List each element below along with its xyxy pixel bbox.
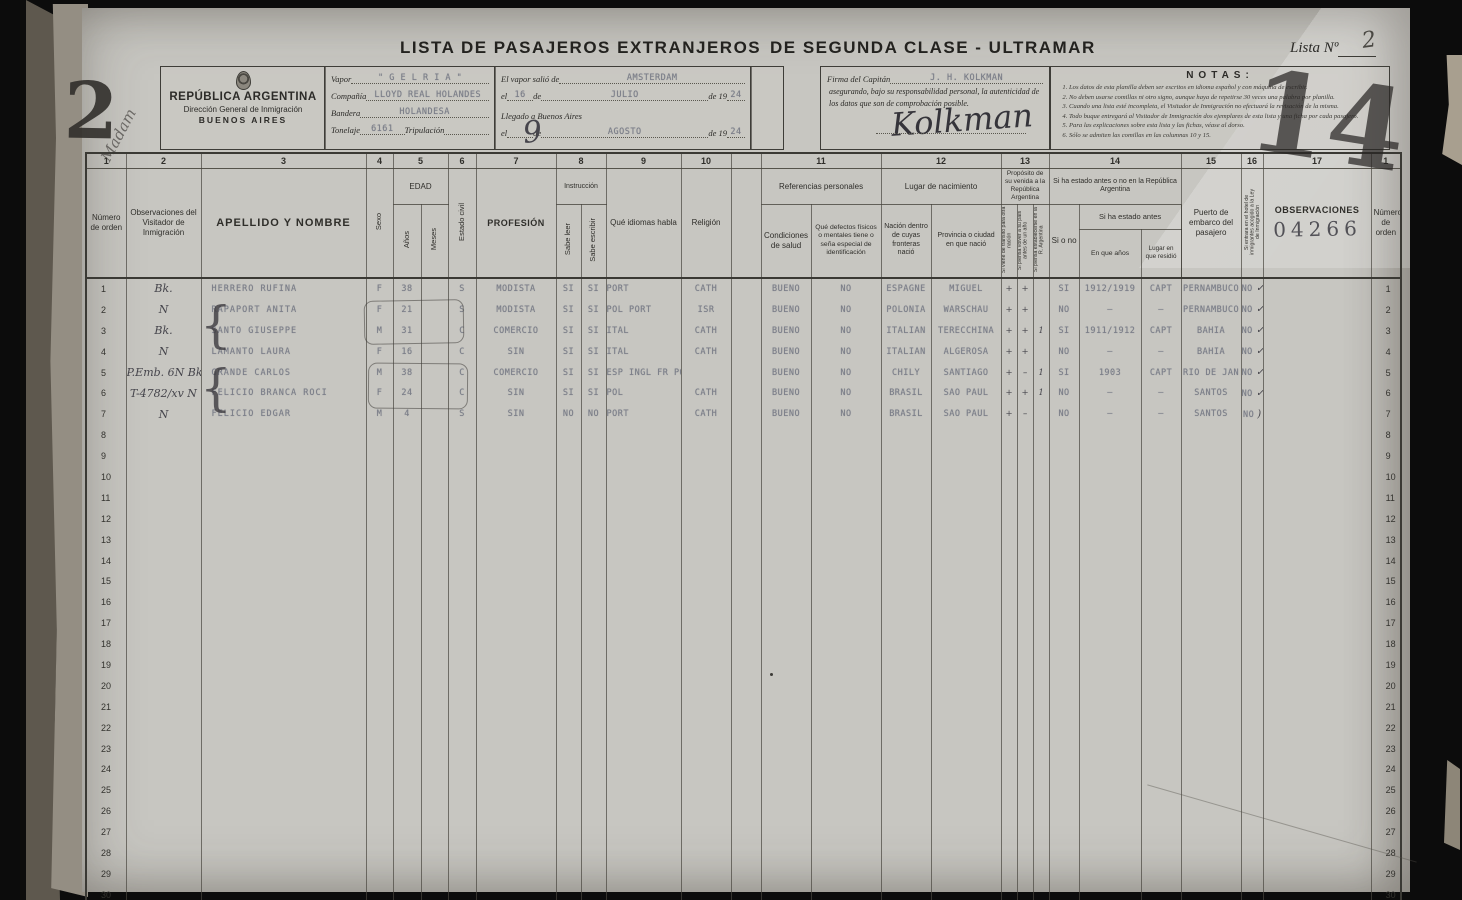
sex-value — [366, 613, 393, 634]
civil-status-value — [448, 884, 476, 900]
health-value — [761, 780, 811, 801]
been-before-value — [1049, 467, 1079, 488]
observations-value — [1263, 278, 1371, 300]
languages-value — [606, 759, 681, 780]
birth-city-value: SAO PAUL — [931, 404, 1001, 425]
passenger-row: 1919 — [86, 655, 1401, 676]
sex-value — [366, 843, 393, 864]
visitor-observation — [126, 529, 201, 550]
birth-nation-value: POLONIA — [881, 299, 931, 320]
colnum: 15 — [1181, 153, 1241, 169]
embark-port-value: BAHIA — [1181, 320, 1241, 341]
purpose-return-mark — [1017, 884, 1033, 900]
civil-status-value: S — [448, 278, 476, 300]
defects-value — [811, 822, 881, 843]
observations-value — [1263, 780, 1371, 801]
civil-status-value — [448, 759, 476, 780]
civil-status-value — [448, 487, 476, 508]
header-sex: Sexo — [366, 169, 393, 278]
defects-value — [811, 467, 881, 488]
sex-value — [366, 884, 393, 900]
colnum: 11 — [761, 153, 881, 169]
passenger-table-body: 1Bk.HERRERO RUFINAF38SMODISTASISIPORTCAT… — [86, 278, 1401, 900]
civil-status-value — [448, 655, 476, 676]
age-months-value — [421, 696, 448, 717]
religion-value: ISR — [681, 299, 731, 320]
visitor-observation: N — [126, 341, 201, 362]
purpose-settle-mark — [1033, 613, 1049, 634]
colnum: 1 — [86, 153, 126, 169]
defects-value — [811, 863, 881, 884]
hotel-value — [1241, 634, 1263, 655]
health-value — [761, 508, 811, 529]
row-number-right: 4 — [1371, 341, 1401, 362]
spacer-cell — [731, 362, 761, 383]
passenger-name — [201, 863, 366, 884]
document-title-row: LISTA DE PASAJEROS EXTRANJEROS DE SEGUND… — [82, 38, 1410, 68]
observations-value — [1263, 320, 1371, 341]
years-before-value — [1079, 822, 1141, 843]
age-years-value — [393, 425, 421, 446]
header-can-write: Sabe escribir — [581, 204, 606, 278]
spacer-cell — [731, 863, 761, 884]
age-months-value — [421, 508, 448, 529]
purpose-settle-mark — [1033, 822, 1049, 843]
hotel-value: NO✓ — [1241, 341, 1263, 362]
colnum: 2 — [126, 153, 201, 169]
health-value: BUENO — [761, 341, 811, 362]
birth-nation-value: CHILY — [881, 362, 931, 383]
defects-value — [811, 696, 881, 717]
passenger-row: 7NFELICIO EDGARM4SSINNONOPORTCATHBUENONO… — [86, 404, 1401, 425]
place-resided-value — [1141, 571, 1181, 592]
spacer-cell — [731, 278, 761, 300]
tripulacion-label: Tripulación — [405, 125, 445, 135]
hotel-value — [1241, 843, 1263, 864]
list-number-stamp: 14 — [1241, 45, 1415, 199]
birth-nation-value — [881, 655, 931, 676]
religion-value — [681, 759, 731, 780]
passenger-row: 1111 — [86, 487, 1401, 508]
birth-city-value: MIGUEL — [931, 278, 1001, 300]
religion-value — [681, 801, 731, 822]
birth-nation-value: BRASIL — [881, 404, 931, 425]
age-years-value — [393, 863, 421, 884]
ship-info-box: Vapor " G E L R I A " Compañía LLOYD REA… — [324, 66, 496, 150]
defects-value: NO — [811, 278, 881, 300]
birth-nation-value: ITALIAN — [881, 341, 931, 362]
salio-label: El vapor salió de — [501, 74, 559, 84]
can-read-value — [556, 446, 581, 467]
observations-value — [1263, 425, 1371, 446]
age-years-value — [393, 759, 421, 780]
age-months-value — [421, 613, 448, 634]
languages-value: POL PORT — [606, 299, 681, 320]
birth-city-value — [931, 592, 1001, 613]
birth-nation-value — [881, 801, 931, 822]
birth-city-value — [931, 571, 1001, 592]
place-resided-value — [1141, 487, 1181, 508]
visitor-observation — [126, 675, 201, 696]
languages-value — [606, 550, 681, 571]
embark-port-value — [1181, 487, 1241, 508]
purpose-return-mark — [1017, 759, 1033, 780]
passenger-row: 1414 — [86, 550, 1401, 571]
purpose-return-mark — [1017, 634, 1033, 655]
visitor-observation: N — [126, 404, 201, 425]
can-read-value — [556, 571, 581, 592]
age-months-value — [421, 550, 448, 571]
embark-port-value: SANTOS — [1181, 383, 1241, 404]
passenger-row: 99 — [86, 446, 1401, 467]
can-read-value — [556, 738, 581, 759]
passenger-row: 2323 — [86, 738, 1401, 759]
purpose-settle-mark — [1033, 467, 1049, 488]
been-before-value — [1049, 843, 1079, 864]
religion-value — [681, 529, 731, 550]
passenger-row: 1212 — [86, 508, 1401, 529]
row-number-right: 29 — [1371, 863, 1401, 884]
profession-value — [476, 613, 556, 634]
spacer-cell — [731, 425, 761, 446]
place-resided-value: – — [1141, 404, 1181, 425]
been-before-value — [1049, 884, 1079, 900]
purpose-transit-mark — [1001, 780, 1017, 801]
purpose-transit-mark — [1001, 529, 1017, 550]
can-write-value — [581, 613, 606, 634]
passenger-name — [201, 425, 366, 446]
religion-value — [681, 843, 731, 864]
religion-value: CATH — [681, 404, 731, 425]
spacer-cell — [731, 341, 761, 362]
sex-value — [366, 717, 393, 738]
can-write-value — [581, 696, 606, 717]
hotel-value — [1241, 863, 1263, 884]
health-value — [761, 487, 811, 508]
religion-value: CATH — [681, 341, 731, 362]
header-birth-city: Provincia o ciudad en que nació — [931, 204, 1001, 278]
purpose-transit-mark — [1001, 487, 1017, 508]
visitor-observation — [126, 884, 201, 900]
header-birth-nation: Nación dentro de cuyas fronteras nació — [881, 204, 931, 278]
can-write-value: SI — [581, 383, 606, 404]
health-value — [761, 759, 811, 780]
age-months-value — [421, 843, 448, 864]
empty-header-cell — [750, 66, 784, 150]
row-number-left: 17 — [86, 613, 126, 634]
header-which-years: En que años — [1079, 229, 1141, 277]
purpose-return-mark — [1017, 550, 1033, 571]
row-number-left: 22 — [86, 717, 126, 738]
defects-value — [811, 738, 881, 759]
years-before-value — [1079, 634, 1141, 655]
row-number-right: 26 — [1371, 801, 1401, 822]
birth-city-value — [931, 884, 1001, 900]
row-number-right: 12 — [1371, 508, 1401, 529]
row-number-right: 20 — [1371, 675, 1401, 696]
years-before-value — [1079, 467, 1141, 488]
passenger-name — [201, 759, 366, 780]
salio-day-value: 16 — [507, 90, 533, 101]
llegado-label: Llegado a Buenos Aires — [501, 111, 582, 121]
profession-value — [476, 446, 556, 467]
spacer-cell — [731, 675, 761, 696]
religion-value — [681, 446, 731, 467]
passenger-name — [201, 717, 366, 738]
purpose-transit-mark: + — [1001, 404, 1017, 425]
row-number-right: 22 — [1371, 717, 1401, 738]
place-resided-value — [1141, 613, 1181, 634]
civil-status-value — [448, 592, 476, 613]
hotel-typed-value: NO — [1242, 347, 1253, 357]
hotel-value: NO✓ — [1241, 383, 1263, 404]
passenger-row: 1717 — [86, 613, 1401, 634]
hotel-value — [1241, 780, 1263, 801]
birth-nation-value — [881, 571, 931, 592]
civil-status-value — [448, 717, 476, 738]
de-label: de — [533, 91, 541, 101]
hotel-value — [1241, 696, 1263, 717]
sex-value — [366, 425, 393, 446]
profession-value: COMERCIO — [476, 320, 556, 341]
sex-value — [366, 738, 393, 759]
passenger-row: 1Bk.HERRERO RUFINAF38SMODISTASISIPORTCAT… — [86, 278, 1401, 300]
passenger-row: 2121 — [86, 696, 1401, 717]
row-number-left: 15 — [86, 571, 126, 592]
birth-nation-value — [881, 613, 931, 634]
colnum: 13 — [1001, 153, 1049, 169]
profession-value: MODISTA — [476, 278, 556, 300]
purpose-settle-mark — [1033, 801, 1049, 822]
profession-value — [476, 592, 556, 613]
embark-port-value — [1181, 655, 1241, 676]
defects-value — [811, 634, 881, 655]
colnum: 14 — [1049, 153, 1181, 169]
visitor-observation: P.Emb. 6N Bk. — [126, 362, 201, 383]
document-page: Madam 2 14 105 LISTA DE PASAJEROS EXTRAN… — [82, 8, 1410, 892]
can-read-value — [556, 655, 581, 676]
visitor-observation: Bk. — [126, 320, 201, 341]
hotel-value — [1241, 592, 1263, 613]
can-write-value — [581, 655, 606, 676]
age-years-value — [393, 801, 421, 822]
llegado-day-handwritten: 9 — [521, 114, 544, 151]
sex-value — [366, 467, 393, 488]
age-months-value — [421, 592, 448, 613]
years-before-value — [1079, 843, 1141, 864]
embark-port-value — [1181, 843, 1241, 864]
passenger-name — [201, 884, 366, 900]
purpose-settle-mark — [1033, 341, 1049, 362]
passenger-table-wrap: 1 2 3 4 5 6 7 8 9 10 11 12 13 1 — [85, 152, 1402, 900]
religion-value — [681, 592, 731, 613]
purpose-transit-mark — [1001, 425, 1017, 446]
birth-city-value — [931, 863, 1001, 884]
years-before-value: 1903 — [1079, 362, 1141, 383]
birth-city-value — [931, 780, 1001, 801]
row-number-left: 26 — [86, 801, 126, 822]
years-before-value: 1912/1919 — [1079, 278, 1141, 300]
birth-city-value — [931, 696, 1001, 717]
sex-value — [366, 863, 393, 884]
purpose-transit-mark — [1001, 446, 1017, 467]
passenger-name — [201, 571, 366, 592]
age-months-value — [421, 863, 448, 884]
signature-line — [876, 133, 1026, 134]
purpose-return-mark: + — [1017, 299, 1033, 320]
visitor-observation: Bk. — [126, 278, 201, 300]
spacer-cell — [731, 508, 761, 529]
languages-value — [606, 675, 681, 696]
hotel-value — [1241, 717, 1263, 738]
purpose-return-mark: – — [1017, 404, 1033, 425]
civil-status-value — [448, 613, 476, 634]
religion-value — [681, 822, 731, 843]
header-place-resided: Lugar en que residió — [1141, 229, 1181, 277]
row-number-right: 27 — [1371, 822, 1401, 843]
row-number-right: 13 — [1371, 529, 1401, 550]
years-before-value — [1079, 529, 1141, 550]
languages-value — [606, 655, 681, 676]
can-read-value: SI — [556, 362, 581, 383]
health-value — [761, 529, 811, 550]
civil-status-value — [448, 696, 476, 717]
row-number-left: 29 — [86, 863, 126, 884]
age-years-value: 38 — [393, 278, 421, 300]
can-write-value — [581, 759, 606, 780]
can-write-value — [581, 529, 606, 550]
spacer-cell — [731, 320, 761, 341]
languages-value — [606, 822, 681, 843]
religion-value — [681, 634, 731, 655]
religion-value — [681, 696, 731, 717]
religion-value — [681, 425, 731, 446]
page-number-stamp: 2 — [63, 66, 119, 158]
civil-status-value — [448, 863, 476, 884]
religion-value — [681, 738, 731, 759]
passenger-row: 2727 — [86, 822, 1401, 843]
sex-value — [366, 696, 393, 717]
health-value: BUENO — [761, 362, 811, 383]
defects-value — [811, 843, 881, 864]
spacer-cell — [731, 529, 761, 550]
can-write-value — [581, 508, 606, 529]
purpose-return-mark — [1017, 571, 1033, 592]
embark-port-value — [1181, 717, 1241, 738]
purpose-return-mark — [1017, 843, 1033, 864]
spacer-cell — [731, 550, 761, 571]
spacer-cell — [731, 843, 761, 864]
hotel-check-mark: ✓ — [1256, 304, 1263, 315]
observations-value — [1263, 341, 1371, 362]
defects-value — [811, 780, 881, 801]
can-write-value — [581, 550, 606, 571]
purpose-transit-mark — [1001, 759, 1017, 780]
captain-signature-box: Firma del Capitán J. H. KOLKMAN aseguran… — [820, 66, 1050, 150]
languages-value: ITAL — [606, 341, 681, 362]
hotel-value — [1241, 822, 1263, 843]
religion-value — [681, 467, 731, 488]
purpose-settle-mark — [1033, 634, 1049, 655]
can-read-value — [556, 508, 581, 529]
row-number-right: 14 — [1371, 550, 1401, 571]
spacer-cell — [731, 655, 761, 676]
sex-value: F — [366, 278, 393, 300]
been-before-value — [1049, 446, 1079, 467]
can-read-value — [556, 487, 581, 508]
coat-of-arms-icon — [236, 71, 251, 90]
header-age-years: Años — [393, 204, 421, 278]
age-months-value — [421, 675, 448, 696]
sex-value — [366, 487, 393, 508]
can-read-value — [556, 884, 581, 900]
can-write-value — [581, 425, 606, 446]
passenger-row: 2020 — [86, 675, 1401, 696]
header-purpose-settle: Si piensa establecerse en la R. Argentin… — [1033, 204, 1049, 278]
row-number-left: 7 — [86, 404, 126, 425]
passenger-row: 1818 — [86, 634, 1401, 655]
years-before-value — [1079, 675, 1141, 696]
row-number-left: 13 — [86, 529, 126, 550]
civil-status-value — [448, 446, 476, 467]
column-numbers-row: 1 2 3 4 5 6 7 8 9 10 11 12 13 1 — [86, 153, 1401, 169]
defects-value: NO — [811, 341, 881, 362]
spacer-cell — [731, 383, 761, 404]
bandera-label: Bandera — [331, 108, 360, 118]
colnum: 4 — [366, 153, 393, 169]
firma-value: J. H. KOLKMAN — [890, 73, 1043, 84]
embark-port-value — [1181, 446, 1241, 467]
birth-nation-value: ITALIAN — [881, 320, 931, 341]
passenger-name — [201, 822, 366, 843]
years-before-value: – — [1079, 383, 1141, 404]
header-birthplace-group: Lugar de nacimiento — [881, 169, 1001, 205]
visitor-observation — [126, 634, 201, 655]
years-before-value — [1079, 717, 1141, 738]
age-years-value — [393, 613, 421, 634]
age-months-value — [421, 759, 448, 780]
been-before-value: SI — [1049, 278, 1079, 300]
place-resided-value — [1141, 863, 1181, 884]
embark-port-value — [1181, 738, 1241, 759]
hotel-value — [1241, 884, 1263, 900]
row-number-right: 24 — [1371, 759, 1401, 780]
civil-status-value — [448, 634, 476, 655]
pencil-loop — [364, 299, 465, 345]
profession-value — [476, 863, 556, 884]
civil-status-value — [448, 467, 476, 488]
passenger-name — [201, 487, 366, 508]
title-right: DE SEGUNDA CLASE - ULTRAMAR — [770, 38, 1096, 58]
embark-port-value — [1181, 863, 1241, 884]
age-years-value — [393, 634, 421, 655]
age-years-value — [393, 467, 421, 488]
birth-city-value — [931, 613, 1001, 634]
languages-value — [606, 571, 681, 592]
can-read-value — [556, 613, 581, 634]
purpose-settle-mark — [1033, 884, 1049, 900]
civil-status-value — [448, 738, 476, 759]
been-before-value — [1049, 425, 1079, 446]
defects-value — [811, 592, 881, 613]
age-years-value: 16 — [393, 341, 421, 362]
defects-value — [811, 675, 881, 696]
been-before-value: NO — [1049, 341, 1079, 362]
tonelaje-label: Tonelaje — [331, 125, 360, 135]
languages-value: POL — [606, 383, 681, 404]
defects-value: NO — [811, 362, 881, 383]
defects-value — [811, 717, 881, 738]
